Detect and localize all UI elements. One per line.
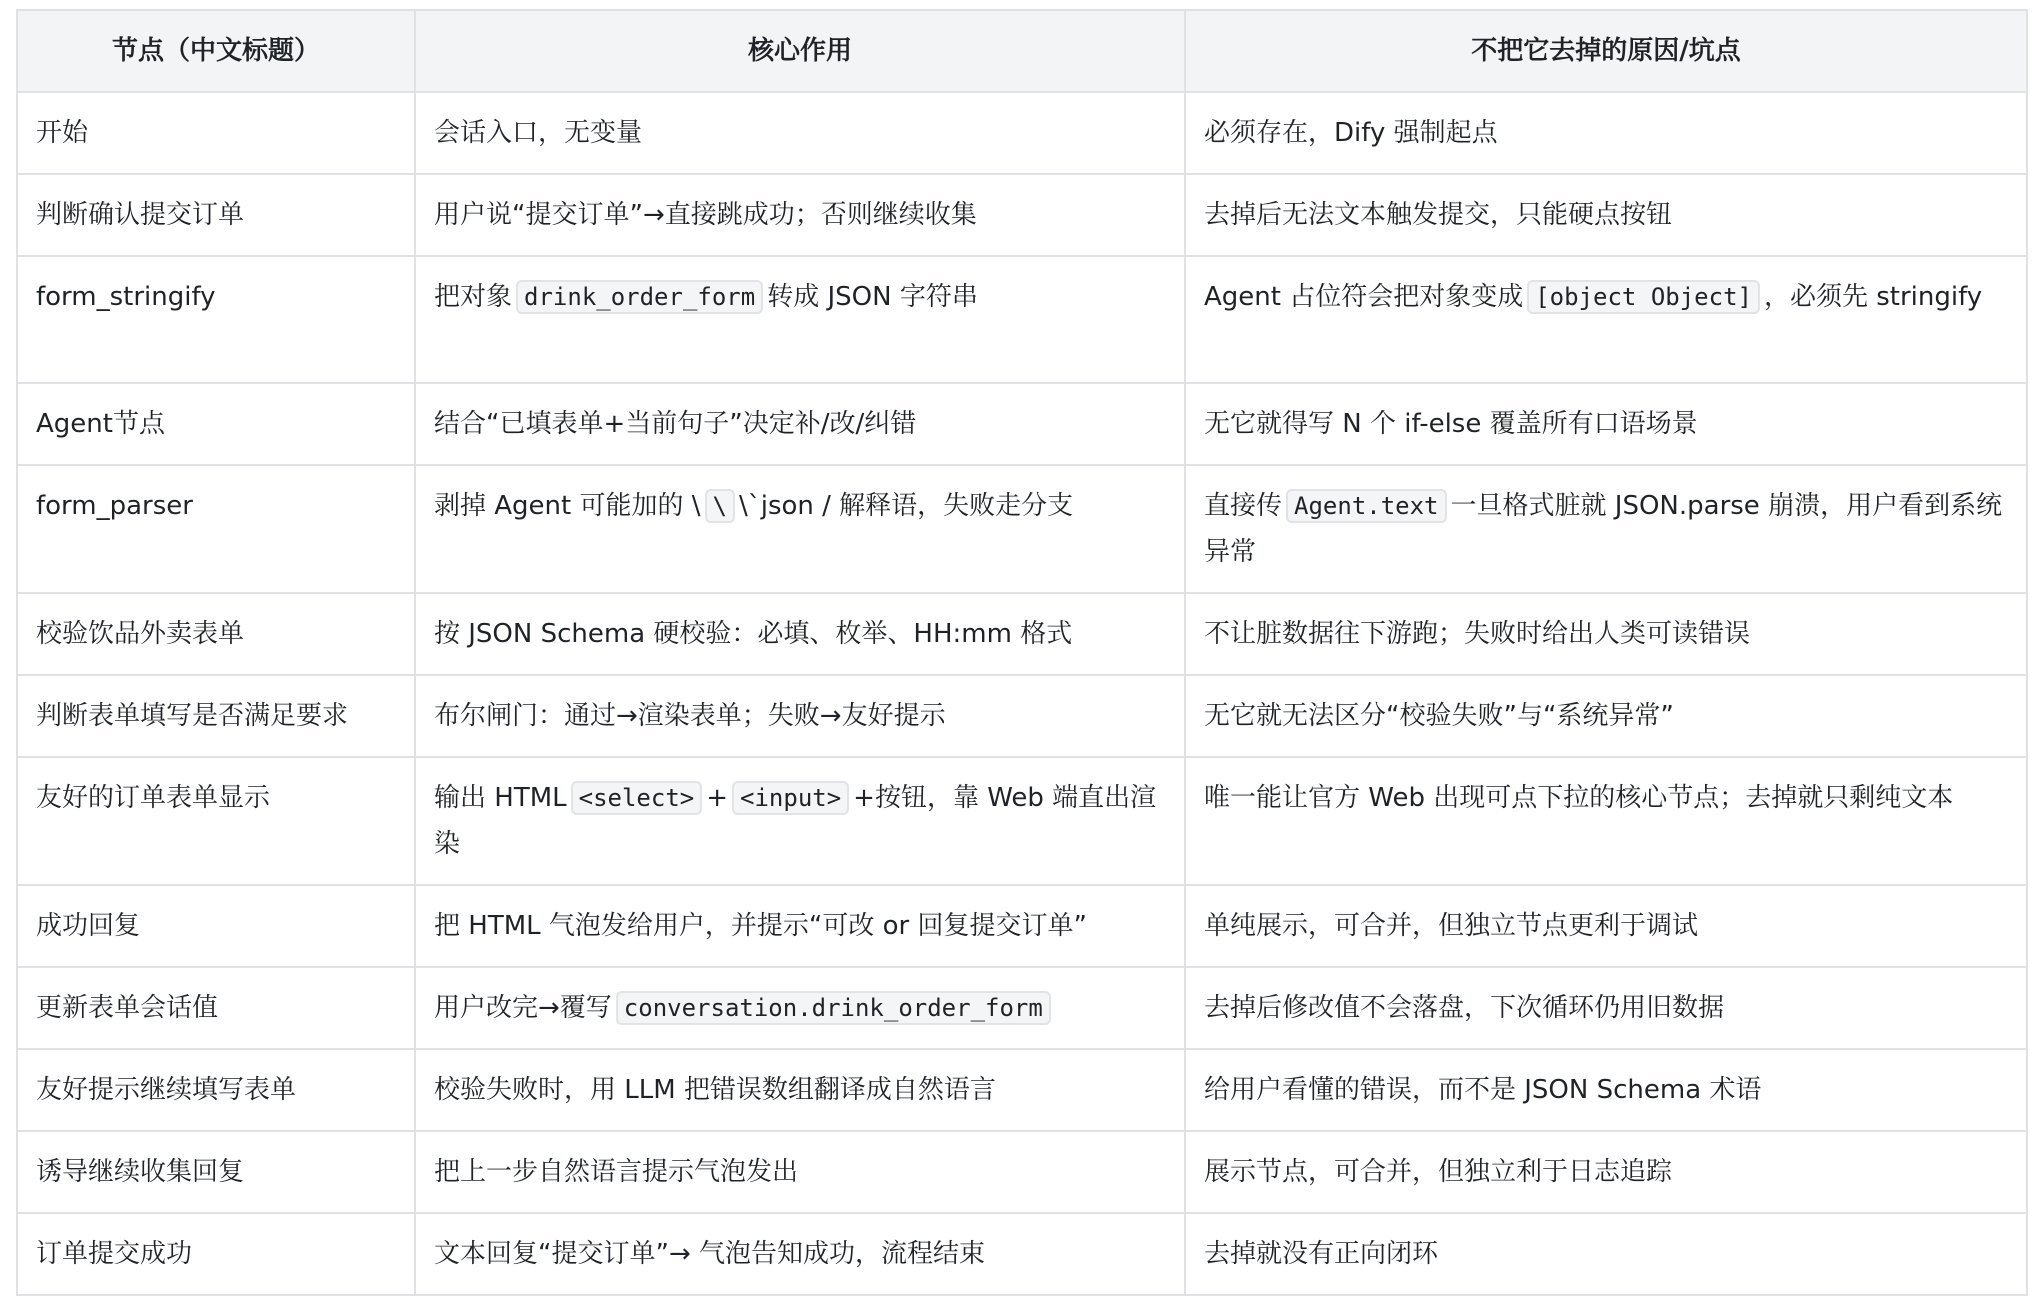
inline-code: <input> [732,781,849,815]
cell-reason: 不让脏数据往下游跑；失败时给出人类可读错误 [1185,593,2027,675]
cell-text: 直接传 [1204,491,1282,521]
cell-text: 单纯展示，可合并，但独立节点更利于调试 [1204,911,1698,941]
table-row: 订单提交成功文本回复“提交订单”→ 气泡告知成功，流程结束去掉就没有正向闭环 [17,1213,2027,1278]
cell-reason: 必须存在，Dify 强制起点 [1185,92,2027,174]
cell-role: 用户说“提交订单”→直接跳成功；否则继续收集 [415,174,1185,256]
cell-text: Agent 占位符会把对象变成 [1204,282,1523,312]
table-row: 判断表单填写是否满足要求布尔闸门：通过→渲染表单；失败→友好提示无它就无法区分“… [17,675,2027,757]
table-row: 友好的订单表单显示输出 HTML<select>+<input>+按钮，靠 We… [17,757,2027,885]
cell-text: 去掉后修改值不会落盘，下次循环仍用旧数据 [1204,993,1724,1023]
cell-text: \`json / 解释语，失败走分支 [739,491,1073,521]
cell-text: 用户改完→覆写 [434,993,612,1023]
cell-text: 把对象 [434,282,512,312]
cell-reason: 单纯展示，可合并，但独立节点更利于调试 [1185,885,2027,967]
header-reason: 不把它去掉的原因/坑点 [1185,10,2027,92]
cell-text: 把 HTML 气泡发给用户，并提示“可改 or 回复提交订单” [434,911,1087,941]
cell-reason: 去掉后无法文本触发提交，只能硬点按钮 [1185,174,2027,256]
node-table: 节点（中文标题） 核心作用 不把它去掉的原因/坑点 开始会话入口，无变量必须存在… [16,9,2028,1278]
inline-code: \ [705,489,735,523]
inline-code: [object Object] [1527,280,1760,314]
table-row: 判断确认提交订单用户说“提交订单”→直接跳成功；否则继续收集去掉后无法文本触发提… [17,174,2027,256]
cell-text: 会话入口，无变量 [434,118,642,148]
cell-node: 成功回复 [17,885,415,967]
cell-role: 用户改完→覆写conversation.drink_order_form [415,967,1185,1049]
cell-reason: 展示节点，可合并，但独立利于日志追踪 [1185,1131,2027,1213]
cell-text: 把上一步自然语言提示气泡发出 [434,1157,798,1187]
cell-reason: 唯一能让官方 Web 出现可点下拉的核心节点；去掉就只剩纯文本 [1185,757,2027,885]
cell-node: 诱导继续收集回复 [17,1131,415,1213]
cell-node: 开始 [17,92,415,174]
table-row: 友好提示继续填写表单校验失败时，用 LLM 把错误数组翻译成自然语言给用户看懂的… [17,1049,2027,1131]
cell-text: 展示节点，可合并，但独立利于日志追踪 [1204,1157,1672,1187]
header-role: 核心作用 [415,10,1185,92]
table-row: form_parser剥掉 Agent 可能加的 \\\`json / 解释语，… [17,465,2027,593]
cell-text: 布尔闸门：通过→渲染表单；失败→友好提示 [434,701,946,731]
inline-code: Agent.text [1286,489,1447,523]
table-row: Agent节点结合“已填表单+当前句子”决定补/改/纠错无它就得写 N 个 if… [17,383,2027,465]
cell-role: 把上一步自然语言提示气泡发出 [415,1131,1185,1213]
cell-node: Agent节点 [17,383,415,465]
cell-text: 给用户看懂的错误，而不是 JSON Schema 术语 [1204,1075,1761,1105]
cell-role: 把 HTML 气泡发给用户，并提示“可改 or 回复提交订单” [415,885,1185,967]
cell-text: 用户说“提交订单”→直接跳成功；否则继续收集 [434,200,977,230]
cell-reason: Agent 占位符会把对象变成[object Object]，必须先 strin… [1185,256,2027,383]
cell-node: 判断确认提交订单 [17,174,415,256]
cell-text: + [706,783,728,813]
cell-role: 文本回复“提交订单”→ 气泡告知成功，流程结束 [415,1213,1185,1278]
cell-text: 剥掉 Agent 可能加的 \ [434,491,701,521]
cell-text: 不让脏数据往下游跑；失败时给出人类可读错误 [1204,619,1750,649]
table-row: 校验饮品外卖表单按 JSON Schema 硬校验：必填、枚举、HH:mm 格式… [17,593,2027,675]
cell-node: 友好的订单表单显示 [17,757,415,885]
cell-text: 校验失败时，用 LLM 把错误数组翻译成自然语言 [434,1075,996,1105]
cell-reason: 去掉就没有正向闭环 [1185,1213,2027,1278]
cell-role: 输出 HTML<select>+<input>+按钮，靠 Web 端直出渲染 [415,757,1185,885]
cell-node: 校验饮品外卖表单 [17,593,415,675]
cell-role: 校验失败时，用 LLM 把错误数组翻译成自然语言 [415,1049,1185,1131]
table-body: 开始会话入口，无变量必须存在，Dify 强制起点判断确认提交订单用户说“提交订单… [17,92,2027,1278]
cell-role: 把对象drink_order_form转成 JSON 字符串 [415,256,1185,383]
table-row: 开始会话入口，无变量必须存在，Dify 强制起点 [17,92,2027,174]
cell-node: 判断表单填写是否满足要求 [17,675,415,757]
cell-node: 更新表单会话值 [17,967,415,1049]
table-row: 更新表单会话值用户改完→覆写conversation.drink_order_f… [17,967,2027,1049]
cell-node: form_parser [17,465,415,593]
table-row: 诱导继续收集回复把上一步自然语言提示气泡发出展示节点，可合并，但独立利于日志追踪 [17,1131,2027,1213]
cell-text: 无它就无法区分“校验失败”与“系统异常” [1204,701,1674,731]
cell-role: 布尔闸门：通过→渲染表单；失败→友好提示 [415,675,1185,757]
cell-reason: 去掉后修改值不会落盘，下次循环仍用旧数据 [1185,967,2027,1049]
cell-role: 结合“已填表单+当前句子”决定补/改/纠错 [415,383,1185,465]
table-row: form_stringify把对象drink_order_form转成 JSON… [17,256,2027,383]
inline-code: drink_order_form [516,280,763,314]
cell-reason: 给用户看懂的错误，而不是 JSON Schema 术语 [1185,1049,2027,1131]
cell-node: 友好提示继续填写表单 [17,1049,415,1131]
inline-code: conversation.drink_order_form [616,991,1051,1025]
cell-reason: 无它就得写 N 个 if-else 覆盖所有口语场景 [1185,383,2027,465]
cell-text: 文本回复“提交订单”→ 气泡告知成功，流程结束 [434,1239,985,1269]
cell-text: ，必须先 stringify [1764,282,1982,312]
cell-role: 会话入口，无变量 [415,92,1185,174]
inline-code: <select> [571,781,703,815]
cell-text: 唯一能让官方 Web 出现可点下拉的核心节点；去掉就只剩纯文本 [1204,783,1953,813]
cell-text: 输出 HTML [434,783,567,813]
cell-role: 剥掉 Agent 可能加的 \\\`json / 解释语，失败走分支 [415,465,1185,593]
cell-node: form_stringify [17,256,415,383]
cell-text: 转成 JSON 字符串 [767,282,978,312]
table-row: 成功回复把 HTML 气泡发给用户，并提示“可改 or 回复提交订单”单纯展示，… [17,885,2027,967]
cell-node: 订单提交成功 [17,1213,415,1278]
cell-text: 按 JSON Schema 硬校验：必填、枚举、HH:mm 格式 [434,619,1072,649]
cell-reason: 直接传Agent.text一旦格式脏就 JSON.parse 崩溃，用户看到系统… [1185,465,2027,593]
cell-reason: 无它就无法区分“校验失败”与“系统异常” [1185,675,2027,757]
cell-text: 去掉后无法文本触发提交，只能硬点按钮 [1204,200,1672,230]
cell-text: 结合“已填表单+当前句子”决定补/改/纠错 [434,409,916,439]
header-node: 节点（中文标题） [17,10,415,92]
cell-text: 必须存在，Dify 强制起点 [1204,118,1498,148]
cell-text: 无它就得写 N 个 if-else 覆盖所有口语场景 [1204,409,1698,439]
cell-role: 按 JSON Schema 硬校验：必填、枚举、HH:mm 格式 [415,593,1185,675]
cell-text: 去掉就没有正向闭环 [1204,1239,1438,1269]
header-row: 节点（中文标题） 核心作用 不把它去掉的原因/坑点 [17,10,2027,92]
